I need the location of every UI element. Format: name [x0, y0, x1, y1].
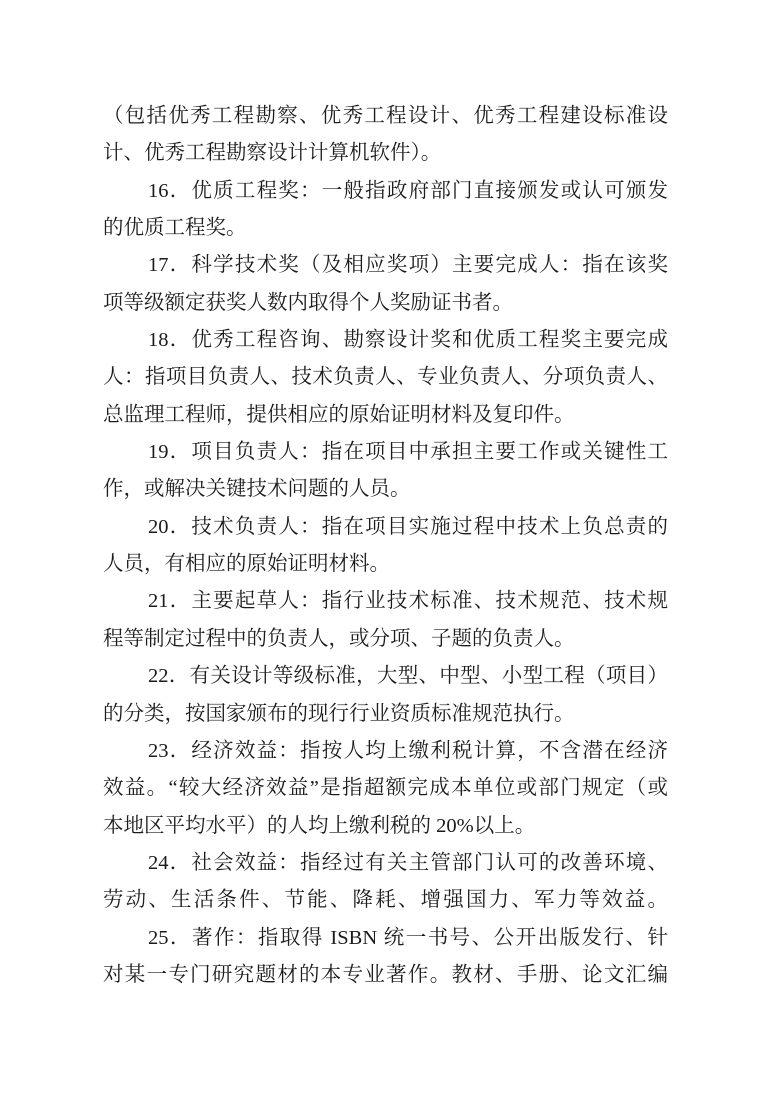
paragraph-item-22: 22．有关设计等级标准，大型、中型、小型工程（项目）的分类，按国家颁布的现行行业…	[103, 658, 668, 733]
text-line: 对某一专门研究题材的本专业著作。教材、手册、论文汇编	[103, 957, 668, 994]
text-line: 劳动、生活条件、节能、降耗、增强国力、军力等效益。	[103, 882, 668, 919]
text-line: 效益。“较大经济效益”是指超额完成本单位或部门规定（或	[103, 770, 668, 807]
text-line: 18．优秀工程咨询、勘察设计奖和优质工程奖主要完成	[103, 322, 668, 359]
text-line: 总监理工程师，提供相应的原始证明材料及复印件。	[103, 397, 668, 434]
paragraph-item-20: 20．技术负责人：指在项目实施过程中技术上负总责的人员，有相应的原始证明材料。	[103, 509, 668, 584]
paragraph-item-19: 19．项目负责人：指在项目中承担主要工作或关键性工作，或解决关键技术问题的人员。	[103, 434, 668, 509]
text-line: 16．优质工程奖：一般指政府部门直接颁发或认可颁发	[103, 173, 668, 210]
text-line: 项等级额定获奖人数内取得个人奖励证书者。	[103, 285, 668, 322]
text-line: 20．技术负责人：指在项目实施过程中技术上负总责的	[103, 509, 668, 546]
text-line: 程等制定过程中的负责人，或分项、子题的负责人。	[103, 621, 668, 658]
paragraph-item-24: 24．社会效益：指经过有关主管部门认可的改善环境、劳动、生活条件、节能、降耗、增…	[103, 845, 668, 920]
text-line: 本地区平均水平）的人均上缴利税的 20%以上。	[103, 808, 668, 845]
text-line: 23．经济效益：指按人均上缴利税计算，不含潜在经济	[103, 733, 668, 770]
paragraph-item-18: 18．优秀工程咨询、勘察设计奖和优质工程奖主要完成人：指项目负责人、技术负责人、…	[103, 322, 668, 434]
text-line: 计、优秀工程勘察设计计算机软件）。	[103, 135, 668, 172]
text-line: 人：指项目负责人、技术负责人、专业负责人、分项负责人、	[103, 359, 668, 396]
paragraph-item-21: 21．主要起草人：指行业技术标准、技术规范、技术规程等制定过程中的负责人，或分项…	[103, 583, 668, 658]
document-page: （包括优秀工程勘察、优秀工程设计、优秀工程建设标准设计、优秀工程勘察设计计算机软…	[0, 0, 777, 1099]
paragraph-item-17: 17．科学技术奖（及相应奖项）主要完成人：指在该奖项等级额定获奖人数内取得个人奖…	[103, 247, 668, 322]
text-line: 19．项目负责人：指在项目中承担主要工作或关键性工	[103, 434, 668, 471]
text-line: 人员，有相应的原始证明材料。	[103, 546, 668, 583]
text-line: 21．主要起草人：指行业技术标准、技术规范、技术规	[103, 583, 668, 620]
paragraph-continuation-from-previous-page: （包括优秀工程勘察、优秀工程设计、优秀工程建设标准设计、优秀工程勘察设计计算机软…	[103, 98, 668, 173]
text-line: 作，或解决关键技术问题的人员。	[103, 471, 668, 508]
text-line: 22．有关设计等级标准，大型、中型、小型工程（项目）	[103, 658, 668, 695]
text-line: 24．社会效益：指经过有关主管部门认可的改善环境、	[103, 845, 668, 882]
text-line: （包括优秀工程勘察、优秀工程设计、优秀工程建设标准设	[103, 98, 668, 135]
text-line: 17．科学技术奖（及相应奖项）主要完成人：指在该奖	[103, 247, 668, 284]
paragraph-item-25: 25．著作：指取得 ISBN 统一书号、公开出版发行、针对某一专门研究题材的本专…	[103, 920, 668, 995]
text-line: 的分类，按国家颁布的现行行业资质标准规范执行。	[103, 696, 668, 733]
paragraph-item-16: 16．优质工程奖：一般指政府部门直接颁发或认可颁发的优质工程奖。	[103, 173, 668, 248]
text-block: （包括优秀工程勘察、优秀工程设计、优秀工程建设标准设计、优秀工程勘察设计计算机软…	[103, 98, 668, 994]
paragraph-item-23: 23．经济效益：指按人均上缴利税计算，不含潜在经济效益。“较大经济效益”是指超额…	[103, 733, 668, 845]
text-line: 的优质工程奖。	[103, 210, 668, 247]
text-line: 25．著作：指取得 ISBN 统一书号、公开出版发行、针	[103, 920, 668, 957]
